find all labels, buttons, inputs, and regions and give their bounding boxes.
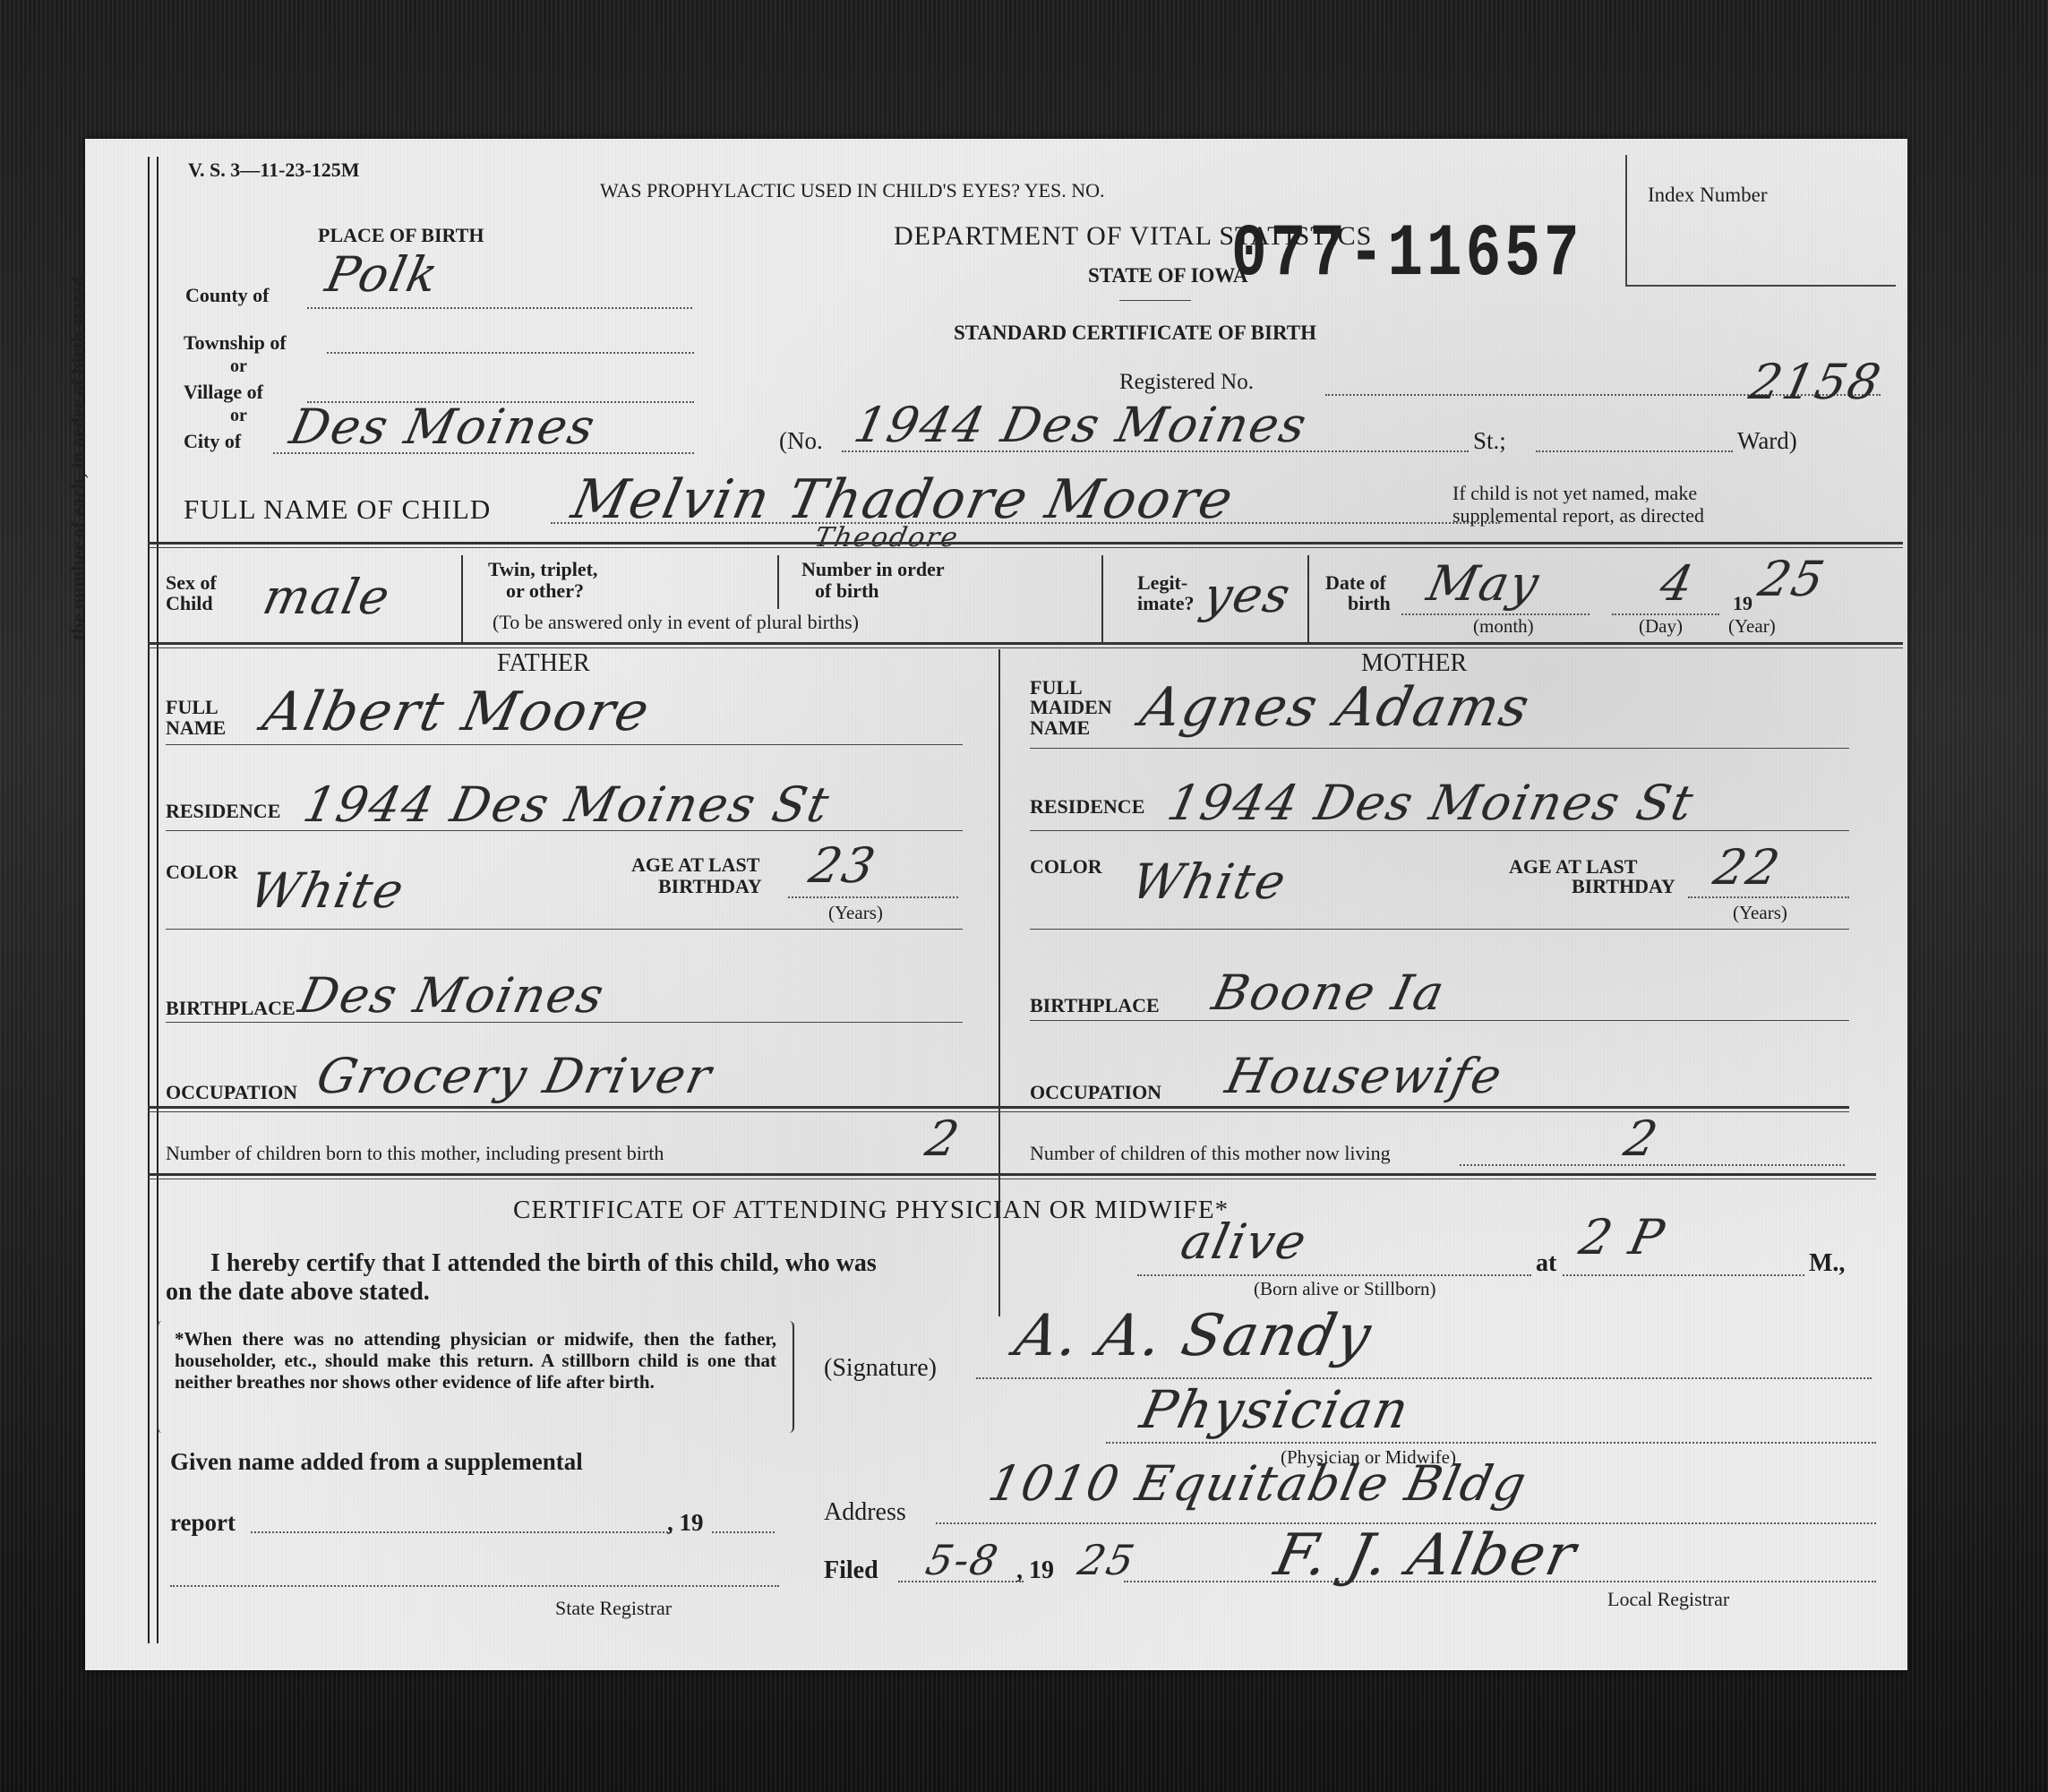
mother-residence-value[interactable]: 1944 Des Moines St: [1162, 775, 1700, 831]
registered-label: Registered No.: [1119, 370, 1254, 395]
father-birthplace-value[interactable]: Des Moines: [294, 967, 610, 1024]
birth-certificate: the number of each, in order of birth st…: [85, 139, 1907, 1670]
father-heading: FATHER: [497, 649, 590, 678]
city-label: City of: [184, 430, 241, 453]
certificate-title: STANDARD CERTIFICATE OF BIRTH: [954, 322, 1316, 345]
children-born-value[interactable]: 2: [921, 1110, 965, 1167]
birth-status-value[interactable]: alive: [1176, 1213, 1313, 1270]
father-birthplace-label: BIRTHPLACE: [166, 997, 296, 1020]
mother-occupation-label: OCCUPATION: [1030, 1081, 1161, 1104]
twin-label: Twin, triplet,: [488, 558, 597, 581]
county-label: County of: [185, 284, 270, 307]
father-name-value[interactable]: Albert Moore: [258, 681, 656, 743]
mother-birthplace-value[interactable]: Boone Ia: [1207, 965, 1451, 1021]
city-value[interactable]: Des Moines: [285, 399, 601, 455]
father-occupation-label: OCCUPATION: [166, 1081, 297, 1104]
filed-date-value[interactable]: 5-8: [921, 1536, 1004, 1584]
county-value[interactable]: Polk: [321, 246, 444, 303]
filed-label: Filed: [824, 1556, 878, 1585]
index-label: Index Number: [1648, 184, 1768, 207]
mother-color-value[interactable]: White: [1127, 853, 1292, 910]
birth-order-label: Number in order: [801, 558, 945, 581]
st-label: St.;: [1473, 427, 1506, 455]
state-registrar-field[interactable]: [170, 1585, 779, 1587]
mother-residence-label: RESIDENCE: [1030, 795, 1144, 819]
mother-occupation-value[interactable]: Housewife: [1221, 1048, 1508, 1104]
father-occupation-value[interactable]: Grocery Driver: [312, 1048, 717, 1104]
mother-heading: MOTHER: [1361, 649, 1467, 678]
date-stated-text: on the date above stated.: [166, 1278, 430, 1307]
place-of-birth-heading: PLACE OF BIRTH: [318, 224, 484, 247]
footnote-box: *When there was no attending physician o…: [157, 1321, 794, 1433]
ward-label: Ward): [1737, 427, 1797, 455]
physician-address-value[interactable]: 1010 Equitable Bldg: [983, 1455, 1532, 1512]
children-born-label: Number of children born to this mother, …: [166, 1142, 664, 1165]
physician-title[interactable]: Physician: [1135, 1379, 1416, 1440]
address-label: Address: [824, 1498, 906, 1527]
report-date-field[interactable]: [251, 1531, 672, 1533]
street-label: (No.: [779, 427, 823, 455]
sex-value[interactable]: male: [258, 569, 396, 625]
township-label: Township of: [184, 331, 287, 355]
certify-text: I hereby certify that I attended the bir…: [210, 1249, 877, 1278]
plural-note: (To be answered only in event of plural …: [493, 611, 859, 634]
title-rule: [1119, 300, 1191, 301]
dob-month[interactable]: May: [1422, 555, 1545, 612]
father-age-value[interactable]: 23: [804, 837, 881, 894]
mother-age-value[interactable]: 22: [1709, 839, 1786, 896]
mother-color-label: COLOR: [1030, 855, 1102, 879]
physician-signature[interactable]: A. A. Sandy: [1009, 1303, 1378, 1369]
father-color-value[interactable]: White: [244, 862, 410, 919]
street-value[interactable]: 1944 Des Moines: [849, 397, 1313, 453]
state-title: STATE OF IOWA: [1088, 264, 1248, 287]
ward-field[interactable]: [1536, 450, 1733, 452]
father-residence-label: RESIDENCE: [166, 800, 280, 823]
birth-time-value[interactable]: 2 P: [1574, 1209, 1670, 1265]
child-name-correction: Theodore: [811, 522, 962, 553]
form-id: V. S. 3—11-23-125M: [188, 159, 360, 182]
child-name-label: FULL NAME OF CHILD: [184, 493, 491, 526]
index-box: [1625, 155, 1896, 287]
filed-year-value[interactable]: 25: [1074, 1536, 1140, 1584]
status-caption: (Born alive or Stillborn): [1254, 1278, 1436, 1300]
children-living-value[interactable]: 2: [1619, 1110, 1664, 1167]
signature-label: (Signature): [824, 1354, 937, 1383]
state-registrar-caption: State Registrar: [555, 1597, 672, 1620]
local-registrar-signature[interactable]: F. J. Alber: [1269, 1522, 1582, 1589]
village-label: Village of: [184, 381, 263, 404]
dob-day[interactable]: 4: [1655, 555, 1700, 612]
physician-heading: CERTIFICATE OF ATTENDING PHYSICIAN OR MI…: [513, 1196, 1229, 1225]
registered-no[interactable]: 2158: [1744, 354, 1887, 410]
mother-birthplace-label: BIRTHPLACE: [1030, 994, 1160, 1017]
margin-note: the number of each, in order of birth st…: [67, 271, 90, 640]
father-age-label: AGE AT LAST: [631, 853, 759, 877]
dob-year[interactable]: 25: [1753, 551, 1830, 607]
legitimate-value[interactable]: yes: [1198, 567, 1297, 623]
mother-name-value[interactable]: Agnes Adams: [1135, 676, 1537, 739]
department-title: DEPARTMENT OF VITAL STATISTICS: [894, 221, 1372, 252]
children-living-label: Number of children of this mother now li…: [1030, 1142, 1391, 1165]
unnamed-note-line1: If child is not yet named, make: [1452, 482, 1697, 505]
local-registrar-caption: Local Registrar: [1607, 1588, 1729, 1611]
prophylactic-question: WAS PROPHYLACTIC USED IN CHILD'S EYES? Y…: [600, 179, 1105, 202]
report-label: report: [170, 1509, 236, 1537]
supplemental-text: Given name added from a supplemental: [170, 1448, 583, 1476]
unnamed-note-line2: supplemental report, as directed: [1452, 504, 1704, 527]
township-field[interactable]: [327, 352, 694, 354]
father-color-label: COLOR: [166, 861, 238, 884]
father-residence-value[interactable]: 1944 Des Moines St: [298, 776, 835, 833]
